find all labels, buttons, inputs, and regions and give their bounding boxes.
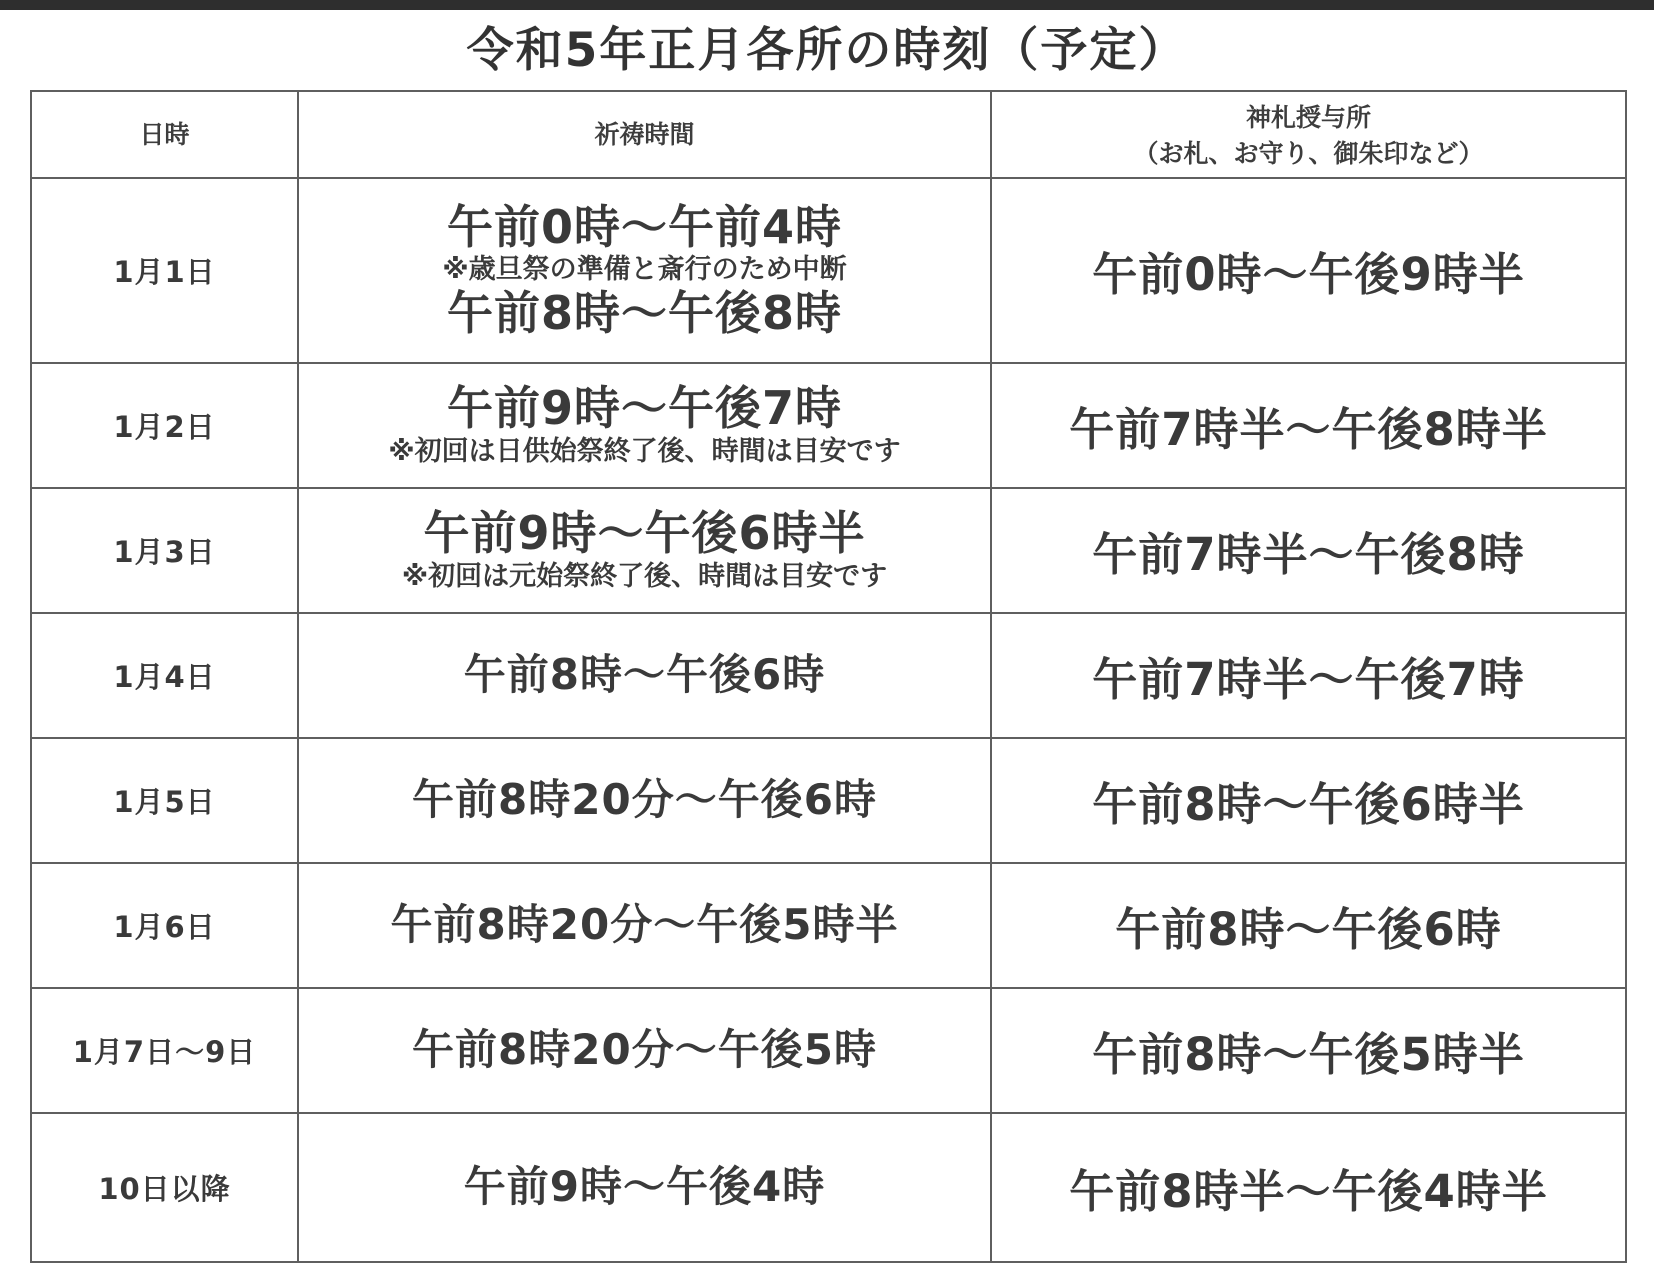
amulet-time: 午前7時半～午後7時 [998, 643, 1619, 708]
amulet-time: 午前7時半～午後8時 [998, 518, 1619, 583]
amulet-time-cell: 午前7時半～午後7時 [991, 613, 1626, 738]
prayer-time-note: ※初回は元始祭終了後、時間は目安です [305, 560, 984, 594]
date-cell: 1月3日 [31, 488, 298, 613]
prayer-time-cell: 午前9時～午後7時 ※初回は日供始祭終了後、時間は目安です [298, 363, 991, 488]
amulet-time: 午前8時半～午後4時半 [998, 1155, 1619, 1220]
amulet-time-cell: 午前8時～午後6時 [991, 863, 1626, 988]
page-title: 令和5年正月各所の時刻（予定） [0, 18, 1654, 84]
prayer-time-main: 午前9時～午後4時 [305, 1163, 984, 1211]
prayer-time-cell: 午前8時20分～午後5時半 [298, 863, 991, 988]
date-cell: 10日以降 [31, 1113, 298, 1262]
prayer-time-cell: 午前9時～午後6時半 ※初回は元始祭終了後、時間は目安です [298, 488, 991, 613]
top-edge-bar [0, 0, 1654, 10]
amulet-time-cell: 午前7時半～午後8時半 [991, 363, 1626, 488]
prayer-time-main-2: 午前8時～午後8時 [305, 287, 984, 340]
table-row: 1月1日 午前0時～午前4時 ※歳旦祭の準備と斎行のため中断 午前8時～午後8時… [31, 178, 1626, 363]
date-cell: 1月7日～9日 [31, 988, 298, 1113]
header-amulet-office-name: 神札授与所 [998, 98, 1619, 134]
header-amulet-office: 神札授与所 （お札、お守り、御朱印など） [991, 91, 1626, 178]
table-row: 1月3日 午前9時～午後6時半 ※初回は元始祭終了後、時間は目安です 午前7時半… [31, 488, 1626, 613]
prayer-time-main: 午前8時20分～午後5時 [305, 1026, 984, 1074]
prayer-time-main: 午前8時20分～午後6時 [305, 776, 984, 824]
amulet-time-cell: 午前7時半～午後8時 [991, 488, 1626, 613]
prayer-time-cell: 午前8時～午後6時 [298, 613, 991, 738]
table-row: 10日以降 午前9時～午後4時 午前8時半～午後4時半 [31, 1113, 1626, 1262]
prayer-time-note: ※歳旦祭の準備と斎行のため中断 [305, 253, 984, 287]
prayer-time-note: ※初回は日供始祭終了後、時間は目安です [305, 435, 984, 469]
date-cell: 1月5日 [31, 738, 298, 863]
prayer-time-cell: 午前9時～午後4時 [298, 1113, 991, 1262]
amulet-time-cell: 午前8時～午後6時半 [991, 738, 1626, 863]
date-cell: 1月6日 [31, 863, 298, 988]
date-label: 10日以降 [98, 1172, 230, 1206]
prayer-time-cell: 午前0時～午前4時 ※歳旦祭の準備と斎行のため中断 午前8時～午後8時 [298, 178, 991, 363]
prayer-time-cell: 午前8時20分～午後6時 [298, 738, 991, 863]
date-cell: 1月2日 [31, 363, 298, 488]
table-row: 1月5日 午前8時20分～午後6時 午前8時～午後6時半 [31, 738, 1626, 863]
table-row: 1月4日 午前8時～午後6時 午前7時半～午後7時 [31, 613, 1626, 738]
header-prayer-time: 祈祷時間 [298, 91, 991, 178]
amulet-time-cell: 午前0時～午後9時半 [991, 178, 1626, 363]
table-row: 1月7日～9日 午前8時20分～午後5時 午前8時～午後5時半 [31, 988, 1626, 1113]
prayer-time-main: 午前8時20分～午後5時半 [305, 901, 984, 949]
amulet-time-cell: 午前8時半～午後4時半 [991, 1113, 1626, 1262]
table-row: 1月6日 午前8時20分～午後5時半 午前8時～午後6時 [31, 863, 1626, 988]
prayer-time-main: 午前0時～午前4時 [305, 201, 984, 254]
prayer-time-main: 午前8時～午後6時 [305, 651, 984, 699]
date-label: 1月7日～9日 [73, 1035, 257, 1069]
prayer-time-main: 午前9時～午後6時半 [305, 507, 984, 560]
date-cell: 1月4日 [31, 613, 298, 738]
prayer-time-main: 午前9時～午後7時 [305, 382, 984, 435]
header-row: 日時 祈祷時間 神札授与所 （お札、お守り、御朱印など） [31, 91, 1626, 178]
date-label: 1月1日 [113, 255, 215, 289]
schedule-table: 日時 祈祷時間 神札授与所 （お札、お守り、御朱印など） 1月1日 午前0時～午… [30, 90, 1627, 1263]
date-label: 1月4日 [113, 660, 215, 694]
header-date: 日時 [31, 91, 298, 178]
prayer-time-cell: 午前8時20分～午後5時 [298, 988, 991, 1113]
date-cell: 1月1日 [31, 178, 298, 363]
table-row: 1月2日 午前9時～午後7時 ※初回は日供始祭終了後、時間は目安です 午前7時半… [31, 363, 1626, 488]
header-amulet-office-items: （お札、お守り、御朱印など） [998, 134, 1619, 170]
amulet-time: 午前7時半～午後8時半 [998, 393, 1619, 458]
amulet-time: 午前8時～午後5時半 [998, 1018, 1619, 1083]
amulet-time-cell: 午前8時～午後5時半 [991, 988, 1626, 1113]
date-label: 1月3日 [113, 535, 215, 569]
date-label: 1月6日 [113, 910, 215, 944]
amulet-time: 午前8時～午後6時 [998, 893, 1619, 958]
date-label: 1月2日 [113, 410, 215, 444]
amulet-time: 午前8時～午後6時半 [998, 768, 1619, 833]
amulet-time: 午前0時～午後9時半 [998, 238, 1619, 303]
date-label: 1月5日 [113, 785, 215, 819]
